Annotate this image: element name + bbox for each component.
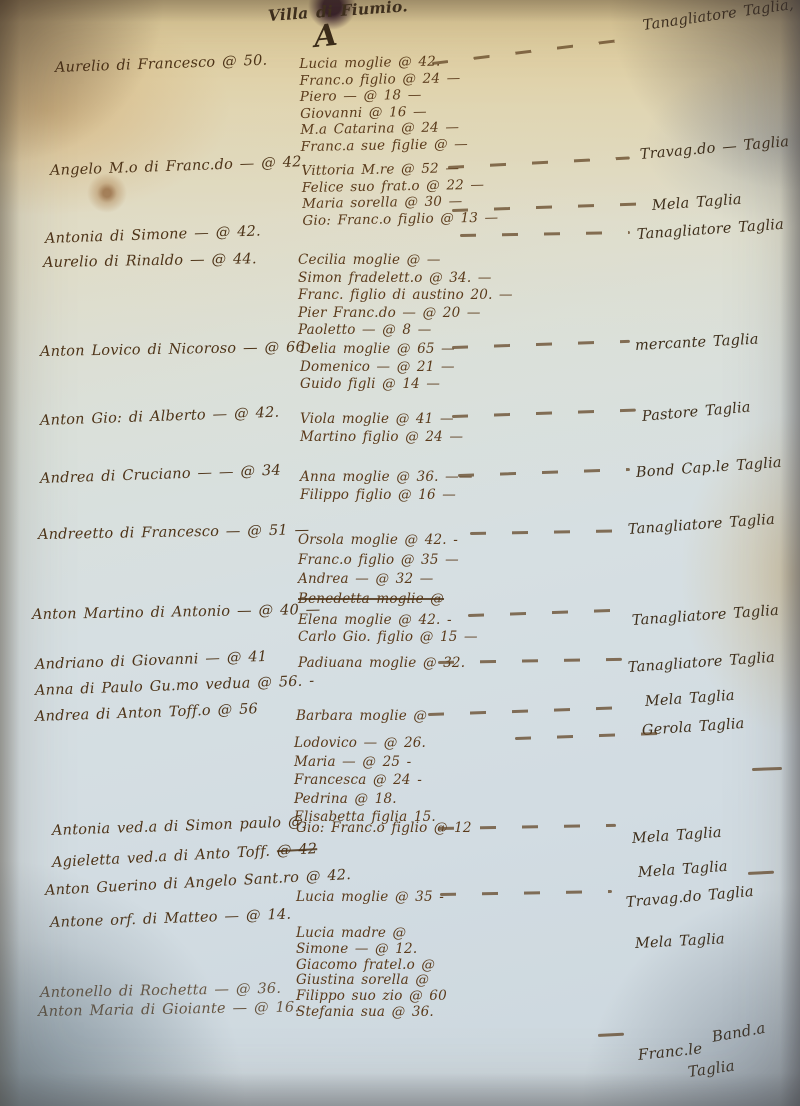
- record-16-head: Antonello di Rochetta — @ 36.: [40, 981, 281, 1001]
- record-13-head-struck-age: @ 42: [277, 841, 318, 859]
- record-8-note: Tanagliatore Taglia: [631, 603, 779, 629]
- record-0-head: Aurelio di Francesco @ 50.: [55, 53, 268, 76]
- leader-dashes: [452, 340, 630, 349]
- record-4-members: Delia moglie @ 65 — Domenico — @ 21 — Gu…: [300, 341, 455, 394]
- record-17-head: Anton Maria di Gioiante — @ 16.: [38, 999, 299, 1020]
- record-1-members: Vittoria M.re @ 52 — Felice suo frat.o @…: [301, 160, 498, 229]
- record-2-head: Antonia di Simone — @ 42.: [45, 223, 261, 247]
- member-line: Orsola moglie @ 42. -: [298, 531, 459, 551]
- record-15-members: Lucia madre @ Simone — @ 12. Giacomo fra…: [296, 926, 447, 1021]
- record-15-note: Mela Taglia: [635, 931, 726, 952]
- record-9-head: Andriano di Giovanni — @ 41: [35, 649, 268, 673]
- record-4-note: mercante Taglia: [635, 332, 759, 354]
- member-line: Franc.o figlio @ 35 —: [298, 551, 459, 571]
- member-line: Barbara moglie @: [296, 708, 427, 725]
- leader-dashes: [460, 231, 630, 237]
- member-line: Filippo suo zio @ 60: [296, 989, 447, 1005]
- record-13-note: Mela Taglia: [637, 859, 728, 881]
- record-1-note-0: Travag.do — Taglia: [639, 134, 790, 163]
- member-line-struck: Benedetta moglie @: [298, 590, 459, 610]
- record-5-note: Pastore Taglia: [641, 400, 751, 425]
- record-1-note-1: Mela Taglia: [651, 192, 742, 214]
- member-line: Gio: Franc.o figlio @ 13 —: [302, 209, 498, 229]
- record-11-head: Andrea di Anton Toff.o @ 56: [35, 701, 259, 725]
- member-line: Lucia madre @: [296, 926, 447, 942]
- footer-note-word-1: Franc.le: [637, 1039, 703, 1064]
- footer-note-word-3: Taglia: [687, 1057, 736, 1081]
- record-7-head: Andreetto di Francesco — @ 51 —: [38, 522, 310, 543]
- member-line: Andrea — @ 32 —: [298, 570, 459, 590]
- record-0-note: Tanagliatore Taglia,: [642, 0, 795, 34]
- member-line: Stefania sua @ 36.: [296, 1005, 447, 1021]
- member-line: Filippo figlio @ 16 —: [300, 487, 473, 505]
- member-line: Martino figlio @ 24 —: [300, 429, 463, 447]
- record-12-head: Antonia ved.a di Simon paulo @,: [52, 814, 308, 839]
- member-line: Francesca @ 24 -: [294, 771, 436, 790]
- record-14-members: Lucia moglie @ 35 -: [296, 889, 444, 906]
- member-line: Domenico — @ 21 —: [300, 359, 455, 377]
- leader-dashes: [440, 890, 612, 896]
- record-9-note: Tanagliatore Taglia: [627, 650, 775, 676]
- member-line: Cecilia moglie @ —: [298, 252, 513, 270]
- record-13-head: Agieletta ved.a di Anto Toff. @ 42: [52, 841, 318, 871]
- page-title: Villa di Fiumio.: [267, 0, 408, 25]
- record-10-note: Mela Taglia: [644, 688, 735, 710]
- member-line: Maria — @ 25 -: [294, 753, 436, 772]
- member-line: Anna moglie @ 36. ——: [300, 469, 473, 487]
- member-line: Franc.a sue figlie @ —: [301, 136, 468, 155]
- member-line: Guido figli @ 14 —: [300, 376, 455, 394]
- member-line: Lodovico — @ 26.: [294, 734, 436, 753]
- leader-dashes: [470, 529, 622, 535]
- record-6-head: Andrea di Cruciano — — @ 34: [40, 463, 281, 487]
- record-3-head: Aurelio di Rinaldo — @ 44.: [43, 251, 257, 271]
- section-initial-letter: A: [312, 18, 339, 55]
- record-4-head: Anton Lovico di Nicoroso — @ 66 -: [40, 339, 317, 360]
- record-1-head: Angelo M.o di Franc.do — @ 42.: [50, 154, 307, 179]
- record-6-members: Anna moglie @ 36. —— Filippo figlio @ 16…: [300, 469, 473, 504]
- member-line: Delia moglie @ 65 —: [300, 341, 455, 359]
- record-5-head: Anton Gio: di Alberto — @ 42.: [40, 405, 280, 429]
- member-line: Simone — @ 12.: [296, 942, 447, 958]
- record-8-members: Elena moglie @ 42. - Carlo Gio. figlio @…: [298, 612, 478, 645]
- leader-dashes: [458, 468, 630, 477]
- footer-note-word-2: Band.a: [710, 1019, 766, 1046]
- record-7-members: Orsola moglie @ 42. - Franc.o figlio @ 3…: [298, 531, 459, 609]
- record-7-note: Tanagliatore Taglia: [627, 512, 775, 538]
- member-line: Franc.o figlio @ 24 —: [299, 70, 466, 89]
- member-line: Lucia moglie @ 35 -: [296, 889, 444, 906]
- record-14-note: Travag.do Taglia: [625, 884, 754, 911]
- leader-dashes: [438, 658, 622, 664]
- record-2-note: Tanagliatore Taglia: [636, 217, 784, 243]
- record-10-head: Anna di Paulo Gu.mo vedua @ 56. -: [35, 673, 315, 699]
- member-line: Felice suo frat.o @ 22 —: [302, 176, 498, 196]
- record-5-members: Viola moglie @ 41 — Martino figlio @ 24 …: [300, 411, 463, 446]
- leader-dashes: [432, 38, 631, 65]
- member-line: Giacomo fratel.o @: [296, 958, 447, 974]
- member-line: Giustina sorella @: [296, 973, 447, 989]
- leader-dashes: [452, 409, 636, 418]
- member-line: Elena moglie @ 42. -: [298, 612, 478, 629]
- record-13-head-text: Agieletta ved.a di Anto Toff.: [52, 844, 271, 871]
- ink-dash: [752, 767, 782, 771]
- record-11-members: Lodovico — @ 26. Maria — @ 25 - Francesc…: [294, 734, 436, 827]
- leader-dashes: [428, 706, 632, 716]
- record-11-members-first: Barbara moglie @: [296, 708, 427, 725]
- member-line: Simon fradelett.o @ 34. —: [298, 270, 513, 288]
- member-line: Carlo Gio. figlio @ 15 —: [298, 629, 478, 646]
- ink-dash: [598, 1033, 624, 1037]
- member-line: Franc. figlio di austino 20. —: [298, 287, 513, 305]
- ink-dash: [748, 871, 774, 875]
- record-12-note: Mela Taglia: [631, 825, 722, 847]
- leader-dashes: [468, 608, 626, 617]
- record-15-head: Antone orf. di Matteo — @ 14.: [50, 907, 292, 931]
- member-line: Viola moglie @ 41 —: [300, 411, 463, 429]
- record-11-note: Gerola Taglia: [641, 716, 745, 739]
- member-line: Pedrina @ 18.: [294, 790, 436, 809]
- record-8-head: Anton Martino di Antonio — @ 40 —: [32, 602, 321, 623]
- manuscript-page: Villa di Fiumio. A Aurelio di Francesco …: [0, 0, 800, 1106]
- member-line: Paoletto — @ 8 —: [298, 322, 513, 340]
- record-0-members: Lucia moglie @ 42. Franc.o figlio @ 24 —…: [299, 53, 468, 155]
- member-line: Pier Franc.do — @ 20 —: [298, 305, 513, 323]
- record-6-note: Bond Cap.le Taglia: [635, 455, 782, 481]
- record-3-members: Cecilia moglie @ — Simon fradelett.o @ 3…: [298, 252, 513, 340]
